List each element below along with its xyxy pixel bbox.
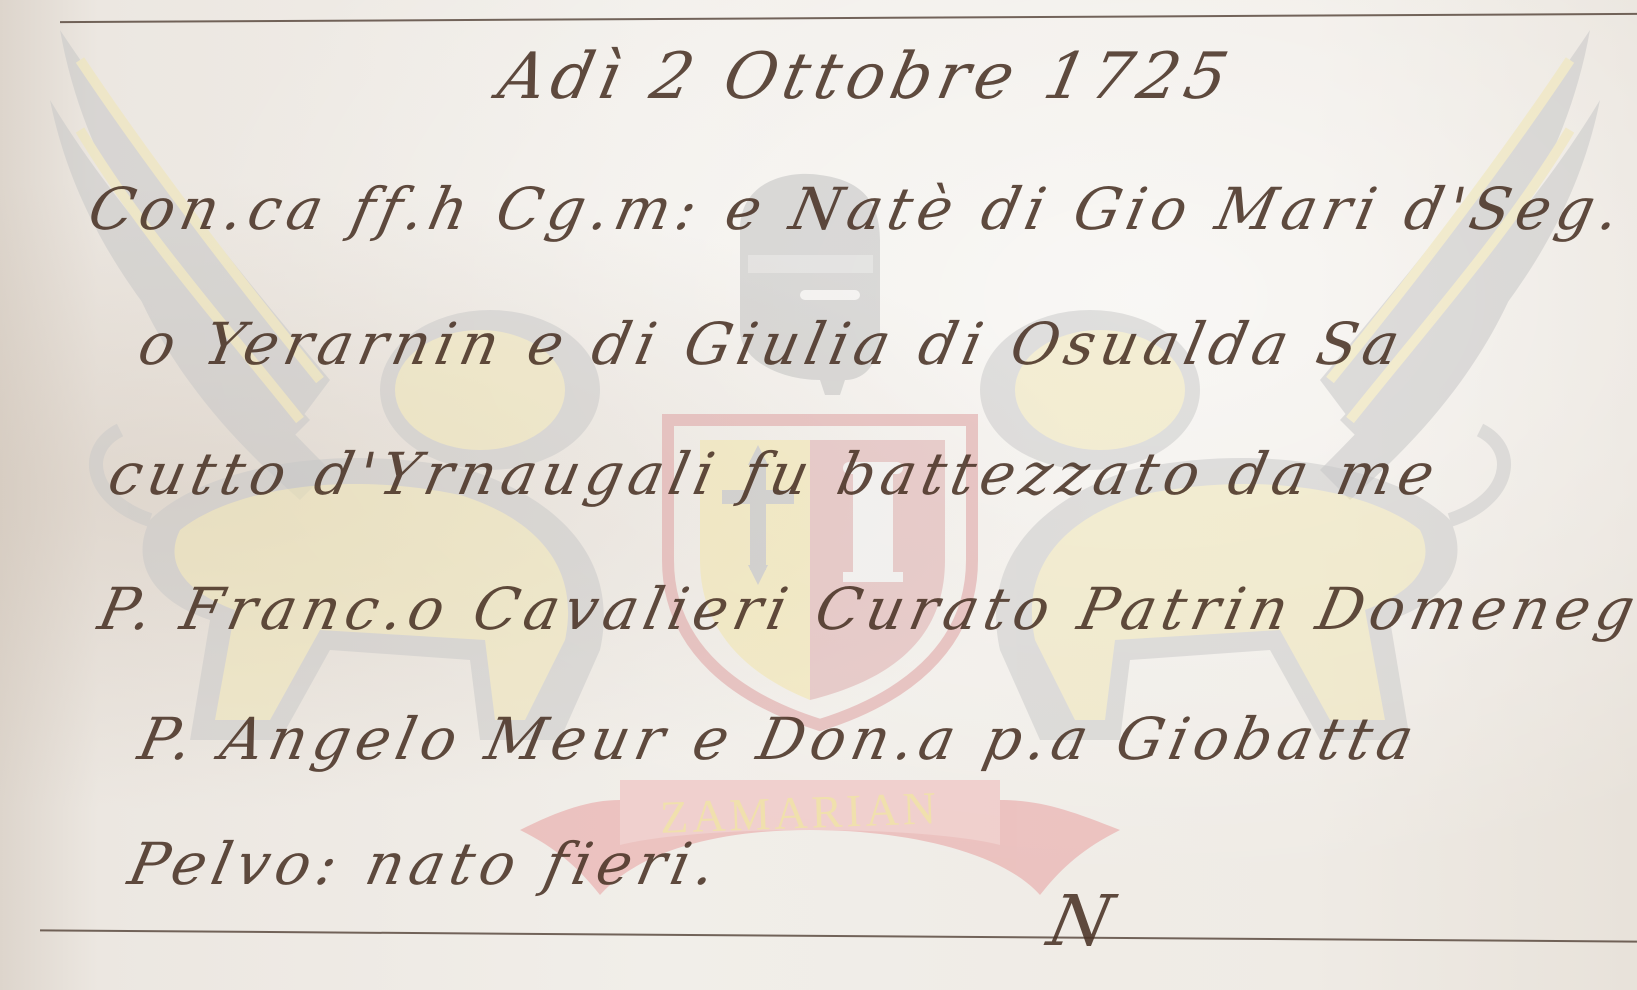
entry-line-5: P. Angelo Meur e Don.a p.a Giobatta	[133, 705, 1426, 773]
entry-heading: Adì 2 Ottobre 1725	[492, 40, 1240, 114]
entry-line-6: Pelvo: nato fieri.	[123, 830, 728, 898]
entry-line-3: cutto d'Yrnaugali fu battezzato da me	[103, 440, 1447, 508]
entry-line-1: Con.ca ff.h Cg.m: e Natè di Gio Mari d'S…	[83, 175, 1632, 243]
entry-line-2: o Yerarnin e di Giulia di Osualda Sa	[133, 310, 1412, 378]
entry-line-4: P. Franc.o Cavalieri Curato Patrin Domen…	[93, 575, 1637, 643]
